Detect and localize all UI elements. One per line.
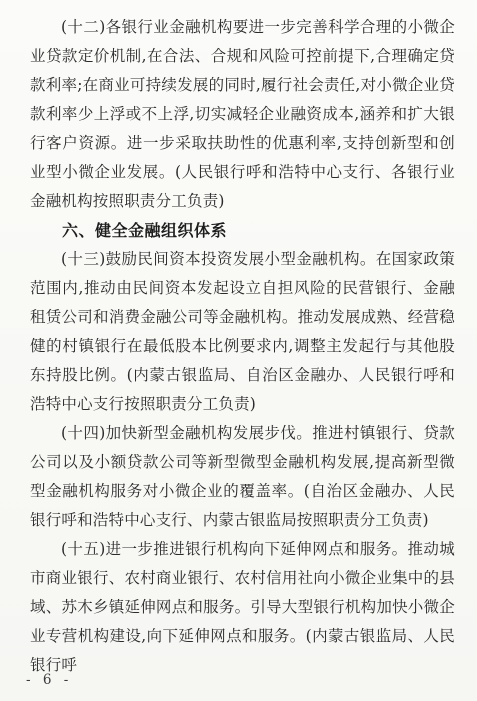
paragraph-12: (十二)各银行业金融机构要进一步完善科学合理的小微企业贷款定价机制,在合法、合规… (30, 13, 455, 216)
document-body: (十二)各银行业金融机构要进一步完善科学合理的小微企业贷款定价机制,在合法、合规… (30, 13, 455, 680)
page-number: - 6 - (26, 672, 72, 688)
paragraph-14: (十四)加快新型金融机构发展步伐。推进村镇银行、贷款公司以及小额贷款公司等新型微… (30, 419, 455, 535)
document-page: (十二)各银行业金融机构要进一步完善科学合理的小微企业贷款定价机制,在合法、合规… (0, 0, 477, 701)
paragraph-13: (十三)鼓励民间资本投资发展小型金融机构。在国家政策范围内,推动由民间资本发起设… (30, 245, 455, 419)
section-heading-6: 六、健全金融组织体系 (30, 216, 455, 245)
paragraph-15: (十五)进一步推进银行机构向下延伸网点和服务。推动城市商业银行、农村商业银行、农… (30, 535, 455, 680)
